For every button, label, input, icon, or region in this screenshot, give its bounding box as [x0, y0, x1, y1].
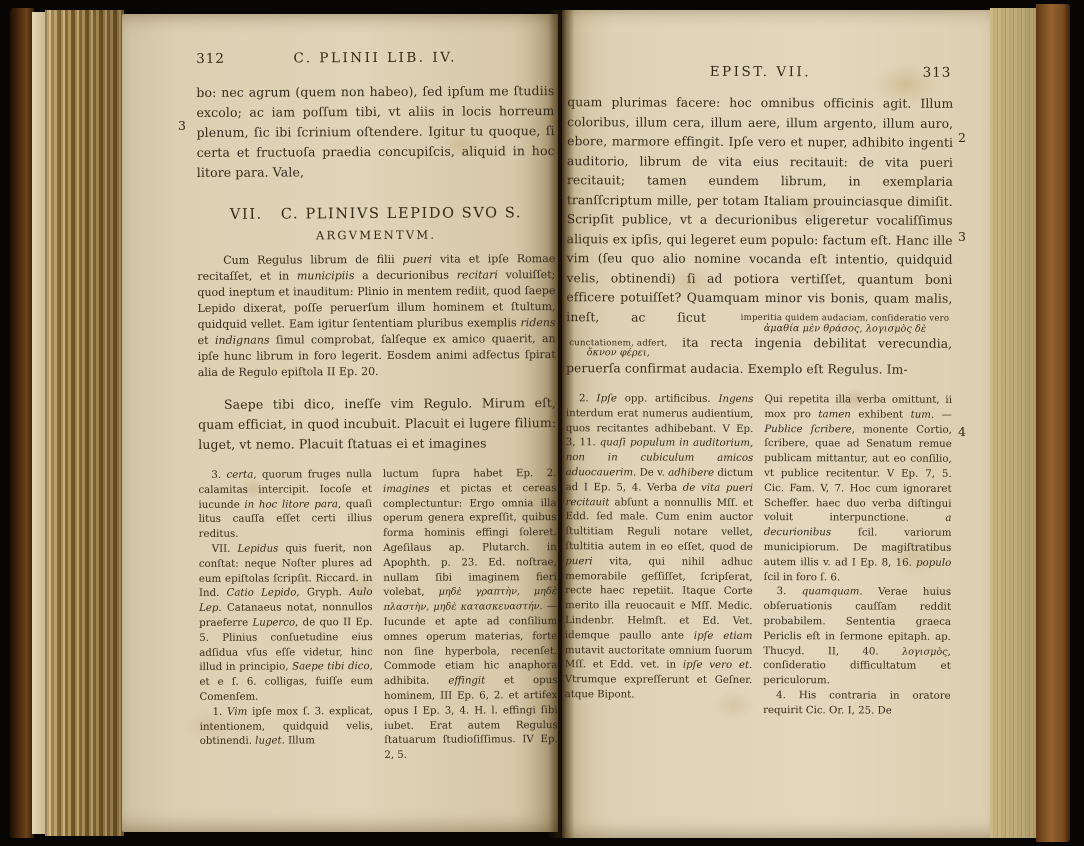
- left-page-footnotes: 3. certa, quorum fruges nulla calamitas …: [198, 467, 558, 765]
- italic-text-segment: Ipſe: [597, 393, 617, 404]
- footnote-paragraph: VII. Lepidus quis fuerit, non conſtat: n…: [199, 542, 373, 706]
- italic-text-segment: municipiis: [297, 269, 355, 282]
- footnote-column-left: 2. Ipſe opp. artificibus. Ingens interdu…: [565, 392, 754, 718]
- argumentum-text: Cum Regulus librum de filii pueri vita e…: [197, 251, 556, 381]
- margin-section-number: 4: [958, 424, 966, 439]
- running-title: C. PLINII LIB. IV.: [196, 49, 554, 67]
- italic-text-segment: recitari: [457, 268, 498, 281]
- footnote-paragraph: 2. Ipſe opp. artificibus. Ingens interdu…: [565, 392, 754, 704]
- italic-text-segment: tum.: [911, 409, 935, 420]
- italic-text-segment: quaſi populum in auditorium, non in cubi…: [566, 438, 754, 479]
- epistle-vii-body-start: Saepe tibi dico, ineſſe vim Regulo. Miru…: [198, 393, 556, 455]
- footnote-column-left: 3. certa, quorum fruges nulla calamitas …: [198, 468, 373, 765]
- right-page-footnotes: 2. Ipſe opp. artificibus. Ingens interdu…: [565, 392, 952, 719]
- left-endpaper-sliver: [32, 12, 45, 834]
- interlinear-gloss: imperitia quidem audaciam, conſideratio …: [741, 313, 950, 335]
- epistle-number: VII.: [230, 207, 263, 223]
- italic-text-segment: populo: [916, 557, 951, 568]
- footnote-paragraph: 1. Vim ipſe mox ſ. 3. explicat, intentio…: [200, 705, 374, 750]
- italic-text-segment: luget.: [255, 736, 285, 747]
- footnote-paragraph: luctum ſupra habet Ep. 2. imagines et pi…: [383, 467, 558, 764]
- italic-text-segment: in hoc litore para: [244, 499, 338, 510]
- right-page-text-block: EPIST. VII. 313 quam plurimas facere: ho…: [565, 63, 954, 719]
- margin-section-number: 3: [958, 229, 966, 244]
- italic-text-segment: effingit: [448, 676, 485, 687]
- footnote-paragraph: Qui repetita illa verba omittunt, ii mox…: [764, 393, 952, 586]
- greek-text-segment: λογισμὸς: [902, 646, 948, 657]
- margin-section-number: 3: [178, 118, 186, 133]
- epistle-title: C. PLINIVS LEPIDO SVO S.: [281, 205, 522, 222]
- letter-vi-continuation: bo: nec agrum (quem non habeo), ſed ipſu…: [196, 81, 555, 183]
- right-fore-edge-pages: [990, 8, 1038, 838]
- greek-text-segment: μηδὲ γραπτὴν, μηδὲ πλαστὴν, μηδὲ κατασκε…: [384, 586, 557, 613]
- page-number: 313: [923, 65, 952, 81]
- page-number: 312: [196, 51, 225, 67]
- italic-text-segment: tamen: [818, 409, 850, 420]
- italic-text-segment: ipſe vero et.: [683, 660, 752, 671]
- italic-text-segment: pueri: [403, 253, 432, 266]
- right-cover-leather: [1036, 4, 1070, 842]
- interlinear-gloss: cunctationem, adfert,ὄκνον φέρει,: [569, 338, 667, 359]
- italic-text-segment: indignans: [215, 334, 270, 347]
- footnote-paragraph: 4. His contraria in oratore requirit Cic…: [763, 689, 951, 719]
- footnote-column-right: Qui repetita illa verba omittunt, ii mox…: [763, 393, 952, 719]
- book-photograph: 3 312 C. PLINII LIB. IV. bo: nec agrum (…: [0, 0, 1084, 846]
- left-page: 3 312 C. PLINII LIB. IV. bo: nec agrum (…: [122, 14, 558, 832]
- right-page: 2 3 4 EPIST. VII. 313 quam plurimas face…: [562, 10, 992, 838]
- argumentum-heading: ARGVMENTVM.: [197, 227, 555, 243]
- epistle-vii-body-continuation: quam plurimas facere: hoc omnibus offici…: [566, 93, 953, 380]
- italic-text-segment: a decurionibus: [764, 513, 952, 538]
- footnote-paragraph: 3. quamquam. Verae huius obſeruationis c…: [763, 585, 951, 689]
- italic-text-segment: Saepe tibi dico: [292, 661, 370, 672]
- left-cover-leather: [10, 8, 34, 838]
- left-page-header: 312 C. PLINII LIB. IV.: [196, 49, 554, 69]
- italic-text-segment: pueri: [565, 556, 592, 567]
- italic-text-segment: de vita pueri recitauit: [565, 482, 753, 507]
- italic-text-segment: Lepidus: [237, 544, 278, 555]
- right-page-header: EPIST. VII. 313: [567, 63, 953, 83]
- footnote-paragraph: 3. certa, quorum fruges nulla calamitas …: [198, 468, 372, 543]
- italic-text-segment: Vim: [227, 706, 247, 717]
- italic-text-segment: quamquam.: [802, 587, 863, 598]
- running-title: EPIST. VII.: [567, 63, 953, 81]
- italic-text-segment: ridens: [520, 316, 555, 329]
- epistle-heading: VII.C. PLINIVS LEPIDO SVO S.: [197, 205, 555, 223]
- italic-text-segment: ipſe etiam: [694, 630, 753, 641]
- italic-text-segment: Catio Lepido: [227, 588, 297, 599]
- italic-text-segment: certa: [226, 470, 253, 481]
- margin-section-number: 2: [958, 130, 966, 145]
- italic-text-segment: imagines: [383, 484, 430, 495]
- italic-text-segment: Luperco: [252, 617, 295, 628]
- left-page-text-block: 312 C. PLINII LIB. IV. bo: nec agrum (qu…: [196, 49, 558, 765]
- italic-text-segment: Publice ſcribere: [764, 424, 851, 435]
- left-fore-edge-pages: [45, 10, 124, 836]
- italic-text-segment: adhibere: [668, 468, 714, 479]
- italic-text-segment: Ingens: [719, 394, 754, 405]
- footnote-column-right: luctum ſupra habet Ep. 2. imagines et pi…: [383, 467, 558, 764]
